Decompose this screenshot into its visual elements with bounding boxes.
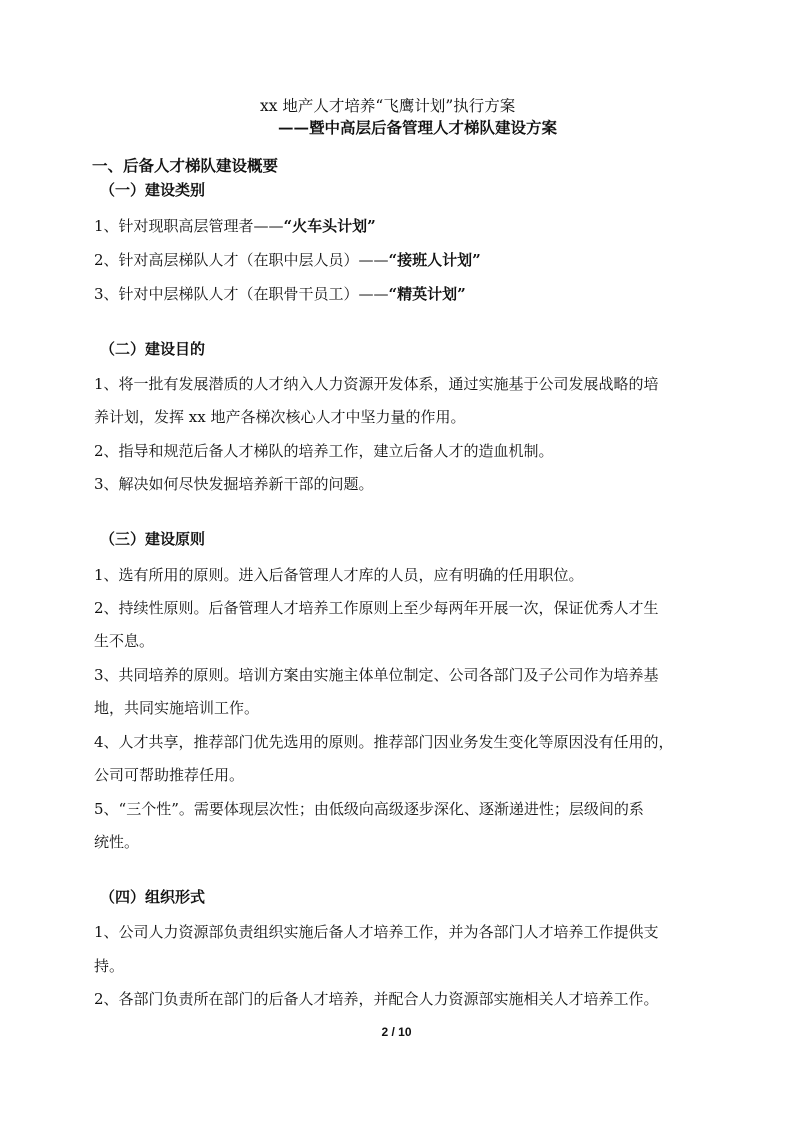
category-item-text: 3、针对中层梯队人才（在职骨干员工）—— (94, 285, 389, 303)
plan-name: “火车头计划” (284, 217, 376, 235)
subsection-heading-3: （三）建设原则 (100, 529, 205, 549)
paragraph-line: 2、持续性原则。后备管理人才培养工作原则上至少每两年开展一次，保证优秀人才生 (94, 598, 659, 618)
category-item-1: 1、针对现职高层管理者——“火车头计划” (94, 216, 376, 236)
category-item-3: 3、针对中层梯队人才（在职骨干员工）——“精英计划” (94, 284, 466, 304)
paragraph-line: 生不息。 (94, 631, 154, 651)
document-title: xx 地产人才培养“飞鹰计划”执行方案 (260, 96, 515, 116)
paragraph-line: 3、解决如何尽快发掘培养新干部的问题。 (94, 474, 374, 494)
paragraph-line: 2、指导和规范后备人才梯队的培养工作，建立后备人才的造血机制。 (94, 441, 554, 461)
page-number: 2 / 10 (0, 1025, 793, 1039)
paragraph-line: 1、选有所用的原则。进入后备管理人才库的人员，应有明确的任用职位。 (94, 565, 584, 585)
paragraph-line: 2、各部门负责所在部门的后备人才培养，并配合人力资源部实施相关人才培养工作。 (94, 989, 659, 1009)
subsection-heading-2: （二）建设目的 (100, 339, 205, 359)
paragraph-line: 4、人才共享，推荐部门优先选用的原则。推荐部门因业务发生变化等原因没有任用的， (94, 732, 674, 752)
paragraph-line: 5、“三个性”。需要体现层次性；由低级向高级逐步深化、逐渐递进性；层级间的系 (94, 799, 644, 819)
category-item-text: 1、针对现职高层管理者—— (94, 217, 284, 235)
category-item-2: 2、针对高层梯队人才（在职中层人员）——“接班人计划” (94, 250, 481, 270)
paragraph-line: 持。 (94, 956, 124, 976)
paragraph-line: 公司可帮助推荐任用。 (94, 765, 244, 785)
plan-name: “精英计划” (389, 285, 466, 303)
subsection-heading-4: （四）组织形式 (100, 887, 205, 907)
paragraph-line: 1、公司人力资源部负责组织实施后备人才培养工作，并为各部门人才培养工作提供支 (94, 922, 659, 942)
document-subtitle: ——暨中高层后备管理人才梯队建设方案 (278, 118, 557, 138)
subsection-heading-1: （一）建设类别 (100, 180, 205, 200)
document-page: xx 地产人才培养“飞鹰计划”执行方案 ——暨中高层后备管理人才梯队建设方案 一… (0, 0, 793, 1122)
category-item-text: 2、针对高层梯队人才（在职中层人员）—— (94, 251, 389, 269)
paragraph-line: 地，共同实施培训工作。 (94, 698, 259, 718)
section-heading-1: 一、后备人才梯队建设概要 (92, 156, 278, 176)
plan-name: “接班人计划” (389, 251, 481, 269)
paragraph-line: 养计划，发挥 xx 地产各梯次核心人才中坚力量的作用。 (94, 407, 465, 427)
paragraph-line: 3、共同培养的原则。培训方案由实施主体单位制定、公司各部门及子公司作为培养基 (94, 665, 659, 685)
paragraph-line: 统性。 (94, 832, 139, 852)
paragraph-line: 1、将一批有发展潜质的人才纳入人力资源开发体系，通过实施基于公司发展战略的培 (94, 374, 659, 394)
